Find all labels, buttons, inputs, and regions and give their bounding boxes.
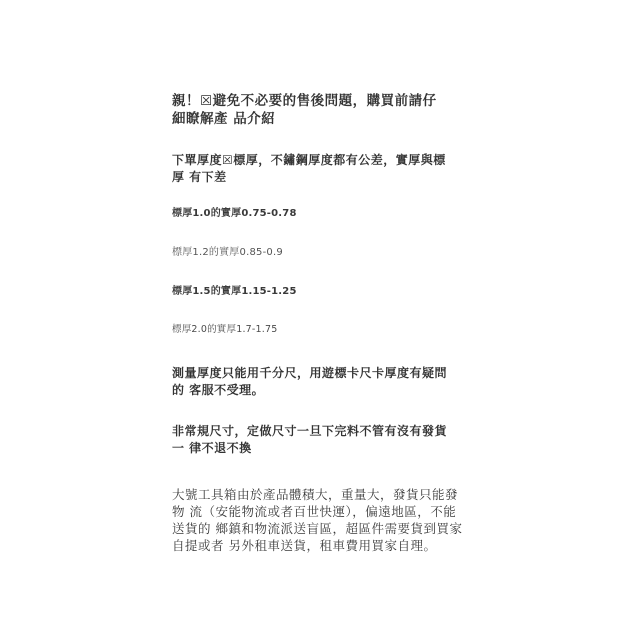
custom-size-note-line-2: 一 律不退不換 <box>172 440 472 457</box>
custom-size-note-line-1: 非常規尺寸，定做尺寸一旦下完料不管有沒有發貨 <box>172 423 472 440</box>
shipping-note-line-3: 送貨的 鄉鎮和物流派送盲區，超區件需要貨到買家 <box>172 520 472 537</box>
custom-size-note: 非常規尺寸，定做尺寸一旦下完料不管有沒有發貨 一 律不退不換 <box>172 423 472 457</box>
shipping-note-line-4: 自提或者 另外租車送貨，租車費用買家自理。 <box>172 537 472 554</box>
thickness-spec-label: 標厚1.2的實厚0.85-0.9 <box>172 246 472 260</box>
thickness-spec-label: 標厚2.0的實厚1.7-1.75 <box>172 323 472 337</box>
thickness-spec-4: 標厚2.0的實厚1.7-1.75 <box>172 323 472 337</box>
thickness-tolerance-line-1: 下單厚度☒標厚，不鏽鋼厚度都有公差，實厚與標 <box>172 152 472 169</box>
measurement-note-line-1: 測量厚度只能用千分尺，用遊標卡尺卡厚度有疑問 <box>172 365 472 382</box>
thickness-spec-1: 標厚1.0的實厚0.75-0.78 <box>172 207 472 221</box>
notice-heading-line-1: 親！☒避免不必要的售後問題，購買前請仔 <box>172 92 472 110</box>
thickness-spec-label: 標厚1.0的實厚0.75-0.78 <box>172 207 472 221</box>
measurement-note-line-2: 的 客服不受理。 <box>172 382 472 399</box>
thickness-tolerance-note: 下單厚度☒標厚，不鏽鋼厚度都有公差，實厚與標 厚 有下差 <box>172 152 472 186</box>
notice-heading-line-2: 細瞭解產 品介紹 <box>172 110 472 128</box>
thickness-spec-3: 標厚1.5的實厚1.15-1.25 <box>172 285 472 299</box>
measurement-note: 測量厚度只能用千分尺，用遊標卡尺卡厚度有疑問 的 客服不受理。 <box>172 365 472 399</box>
thickness-spec-2: 標厚1.2的實厚0.85-0.9 <box>172 246 472 260</box>
shipping-note-line-1: 大號工具箱由於產品體積大，重量大，發貨只能發 <box>172 486 472 503</box>
thickness-spec-label: 標厚1.5的實厚1.15-1.25 <box>172 285 472 299</box>
notice-heading: 親！☒避免不必要的售後問題，購買前請仔 細瞭解產 品介紹 <box>172 92 472 128</box>
shipping-note: 大號工具箱由於產品體積大，重量大，發貨只能發 物 流（安能物流或者百世快運），偏… <box>172 486 472 554</box>
thickness-tolerance-line-2: 厚 有下差 <box>172 169 472 186</box>
shipping-note-line-2: 物 流（安能物流或者百世快運），偏遠地區，不能 <box>172 503 472 520</box>
